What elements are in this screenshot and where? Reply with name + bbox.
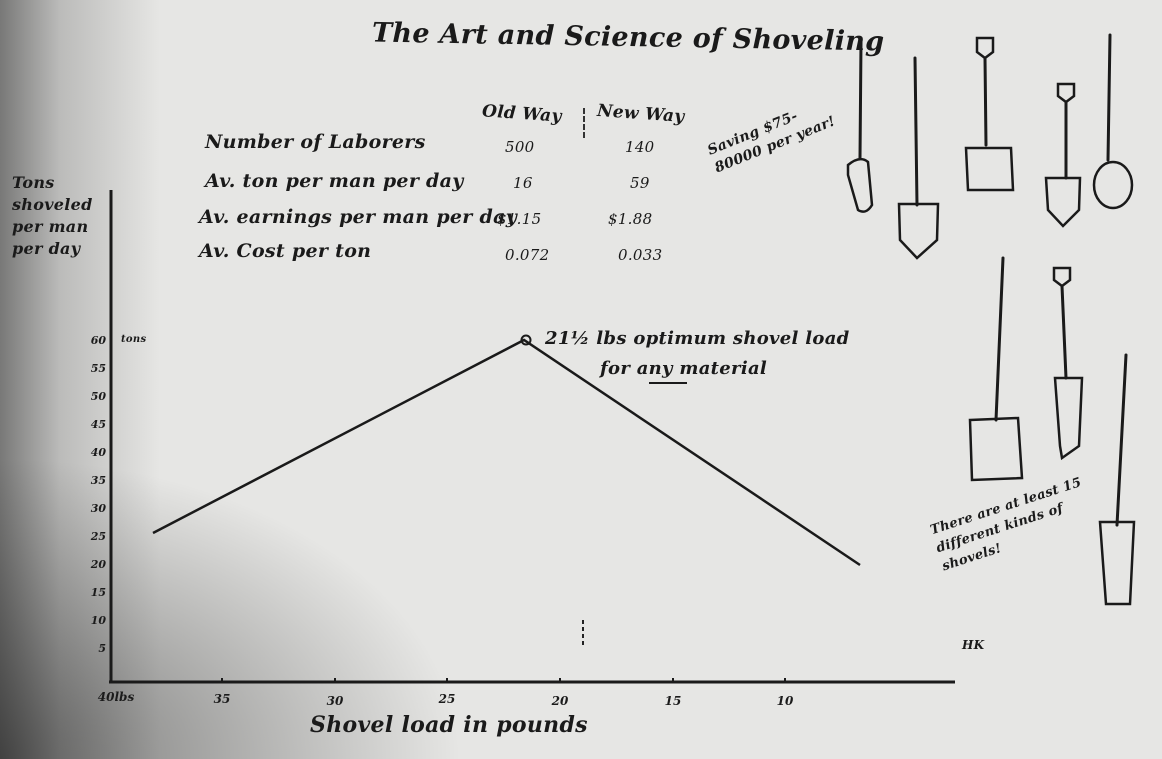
shovel-icon <box>966 38 1013 190</box>
shovel-icon <box>1054 268 1082 458</box>
shovel-icon <box>848 42 872 212</box>
shovel-icon <box>1094 35 1132 208</box>
shovel-icon <box>899 58 938 258</box>
shovel-icon <box>1100 355 1134 604</box>
shovel-icon <box>970 258 1022 480</box>
shovel-illustrations <box>0 0 1162 759</box>
shovel-icon <box>1046 84 1080 226</box>
